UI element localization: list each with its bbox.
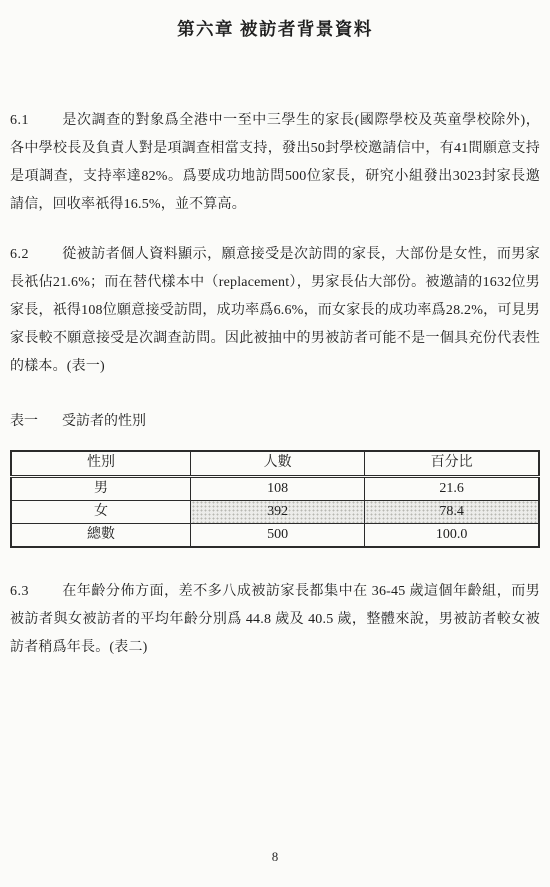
paragraph-6-2-text: 從被訪者個人資料顯示，願意接受是次訪問的家長，大部份是女性，而男家長祇佔21.6… — [10, 247, 540, 374]
paragraph-6-1-text: 是次調查的對象爲全港中一至中三學生的家長(國際學校及英童學校除外)，各中學校長及… — [10, 113, 540, 212]
cell-female-percentage: 78.4 — [365, 500, 539, 523]
table1-caption-label: 表一 — [10, 408, 62, 436]
header-percentage: 百分比 — [365, 451, 539, 476]
cell-male-label: 男 — [11, 476, 191, 500]
cell-total-label: 總數 — [11, 523, 191, 547]
chapter-title: 第六章 被訪者背景資料 — [10, 0, 540, 41]
cell-female-count: 392 — [191, 500, 365, 523]
cell-female-label: 女 — [11, 500, 191, 523]
header-gender: 性別 — [11, 451, 191, 476]
paragraph-6-3: 6.3在年齡分佈方面，差不多八成被訪家長都集中在 36-45 歲這個年齡組，而男… — [10, 578, 540, 662]
paragraph-6-3-text: 在年齡分佈方面，差不多八成被訪家長都集中在 36-45 歲這個年齡組，而男被訪者… — [10, 584, 540, 655]
table-row-male: 男 108 21.6 — [11, 476, 539, 500]
paragraph-6-2-number: 6.2 — [10, 241, 62, 269]
table-row-total: 總數 500 100.0 — [11, 523, 539, 547]
cell-male-percentage: 21.6 — [365, 476, 539, 500]
paragraph-6-2: 6.2從被訪者個人資料顯示，願意接受是次訪問的家長，大部份是女性，而男家長祇佔2… — [10, 241, 540, 381]
page-content: 第六章 被訪者背景資料 6.1是次調查的對象爲全港中一至中三學生的家長(國際學校… — [0, 0, 550, 662]
paragraph-6-1-number: 6.1 — [10, 107, 62, 135]
header-count: 人數 — [191, 451, 365, 476]
document-page: 第六章 被訪者背景資料 6.1是次調查的對象爲全港中一至中三學生的家長(國際學校… — [0, 0, 550, 887]
cell-total-percentage: 100.0 — [365, 523, 539, 547]
cell-total-count: 500 — [191, 523, 365, 547]
gender-table: 性別 人數 百分比 男 108 21.6 女 392 78.4 總數 — [10, 450, 540, 548]
page-number: 8 — [0, 849, 550, 865]
paragraph-6-1: 6.1是次調查的對象爲全港中一至中三學生的家長(國際學校及英童學校除外)，各中學… — [10, 107, 540, 219]
paragraph-6-3-number: 6.3 — [10, 578, 62, 606]
table1-caption-title: 受訪者的性別 — [62, 414, 146, 429]
table-row-female: 女 392 78.4 — [11, 500, 539, 523]
table-header-row: 性別 人數 百分比 — [11, 451, 539, 476]
cell-male-count: 108 — [191, 476, 365, 500]
table1-caption: 表一受訪者的性別 — [10, 408, 540, 436]
